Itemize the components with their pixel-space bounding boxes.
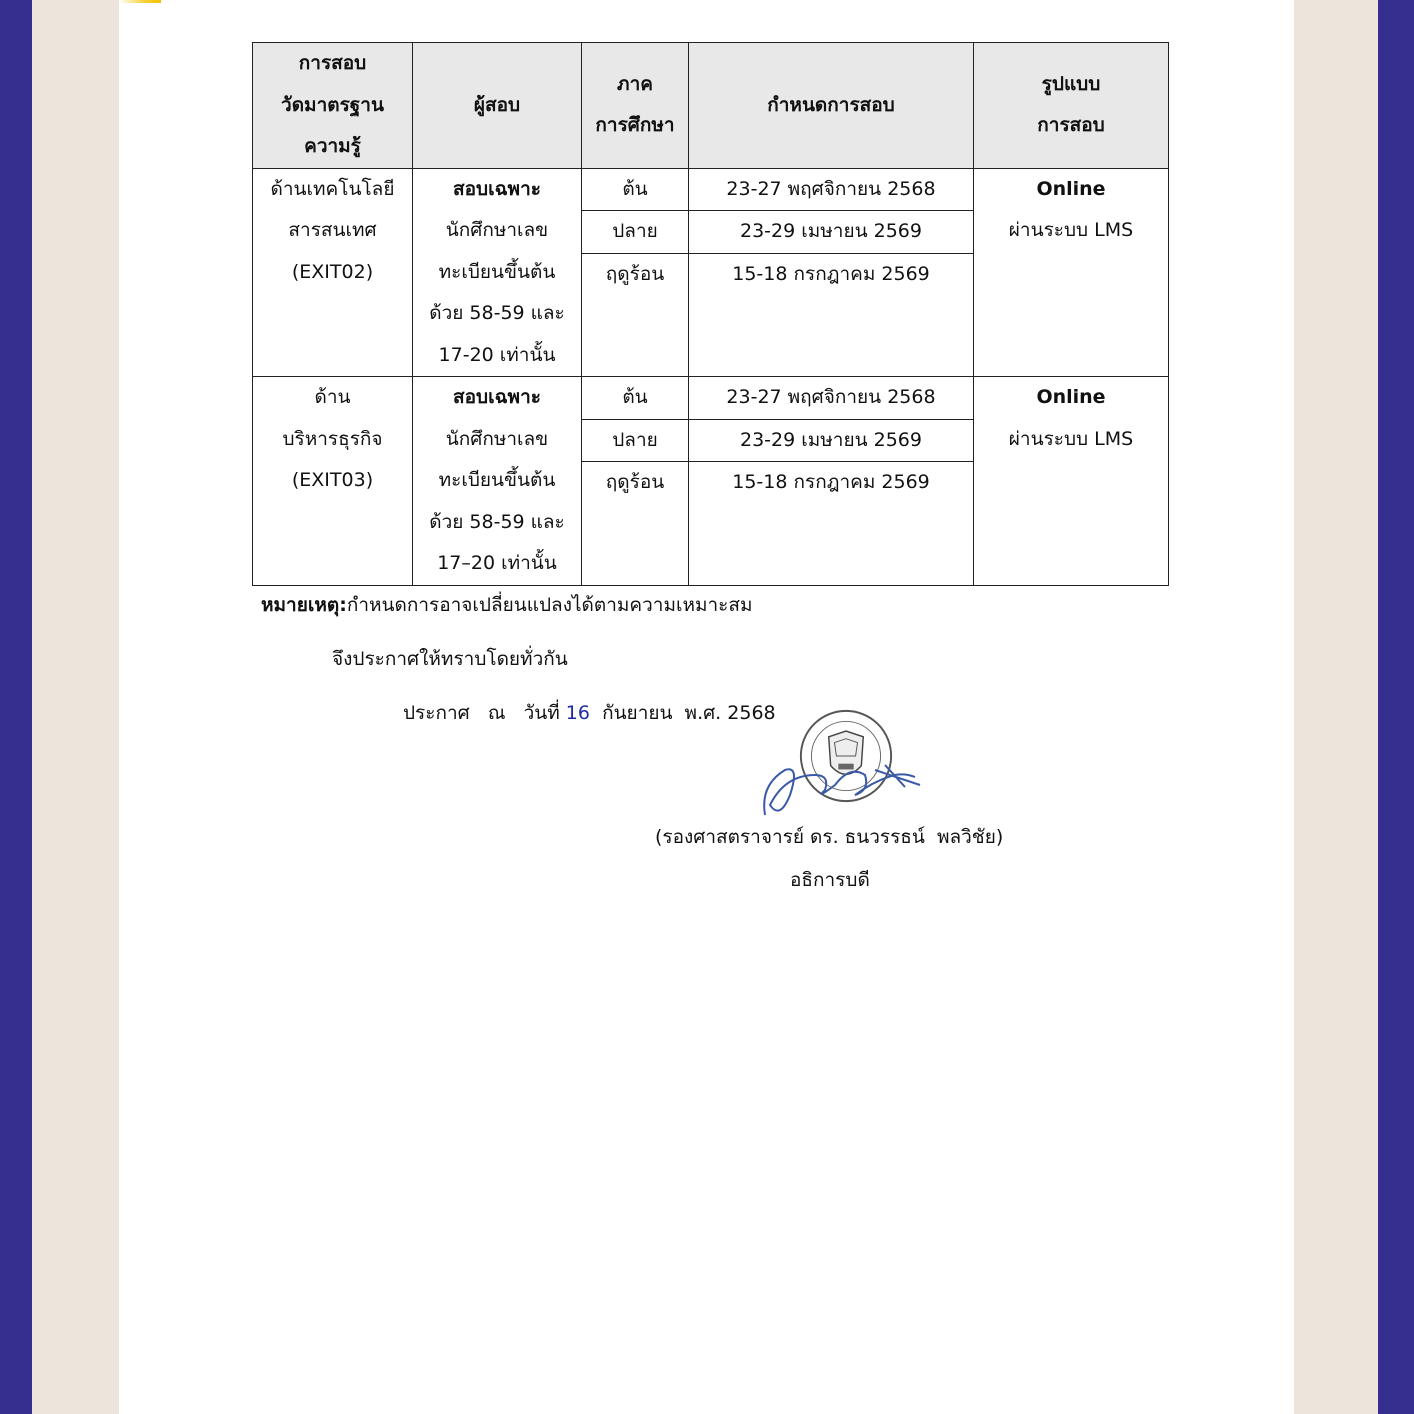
- signer-position: อธิการบดี: [790, 865, 870, 895]
- exam-name-cell: ด้าน บริหารธุรกิจ (EXIT03): [253, 377, 413, 586]
- right-border-band: [1378, 0, 1414, 1414]
- header-exam: การสอบ วัดมาตรฐาน ความรู้: [253, 43, 413, 169]
- term-cell: ฤดูร้อน: [582, 462, 689, 585]
- header-examinee: ผู้สอบ: [413, 43, 582, 169]
- remark-text: กำหนดการอาจเปลี่ยนแปลงได้ตามความเหมาะสม: [347, 594, 753, 616]
- date-cell: 15-18 กรกฎาคม 2569: [689, 462, 974, 585]
- term-cell: ปลาย: [582, 211, 689, 254]
- term-cell: ต้น: [582, 377, 689, 420]
- examinee-cell: สอบเฉพาะ นักศึกษาเลข ทะเบียนขึ้นต้น ด้วย…: [413, 377, 582, 586]
- left-margin: [32, 0, 119, 1414]
- table-row: ด้าน บริหารธุรกิจ (EXIT03) สอบเฉพาะ นักศ…: [253, 377, 1169, 420]
- date-cell: 15-18 กรกฎาคม 2569: [689, 253, 974, 376]
- announcement-date: ประกาศ ณ วันที่ 16 กันยายน พ.ศ. 2568: [403, 698, 776, 728]
- exam-schedule-table: การสอบ วัดมาตรฐาน ความรู้ ผู้สอบ ภาค การ…: [252, 42, 1169, 586]
- term-cell: ปลาย: [582, 419, 689, 462]
- format-cell: Online ผ่านระบบ LMS: [974, 377, 1169, 586]
- exam-name-cell: ด้านเทคโนโลยี สารสนเทศ (EXIT02): [253, 168, 413, 377]
- term-cell: ต้น: [582, 168, 689, 211]
- announcement-text: จึงประกาศให้ทราบโดยทั่วกัน: [332, 644, 568, 674]
- decorative-tab: [119, 0, 161, 3]
- examinee-cell: สอบเฉพาะ นักศึกษาเลข ทะเบียนขึ้นต้น ด้วย…: [413, 168, 582, 377]
- header-schedule: กำหนดการสอบ: [689, 43, 974, 169]
- header-term: ภาค การศึกษา: [582, 43, 689, 169]
- right-margin: [1294, 0, 1378, 1414]
- signer-name: (รองศาสตราจารย์ ดร. ธนวรรธน์ พลวิชัย): [655, 822, 1003, 852]
- format-cell: Online ผ่านระบบ LMS: [974, 168, 1169, 377]
- table-header-row: การสอบ วัดมาตรฐาน ความรู้ ผู้สอบ ภาค การ…: [253, 43, 1169, 169]
- header-format: รูปแบบ การสอบ: [974, 43, 1169, 169]
- remark: หมายเหตุ:กำหนดการอาจเปลี่ยนแปลงได้ตามควา…: [261, 590, 753, 620]
- date-cell: 23-29 เมษายน 2569: [689, 211, 974, 254]
- date-cell: 23-27 พฤศจิกายน 2568: [689, 168, 974, 211]
- table-row: ด้านเทคโนโลยี สารสนเทศ (EXIT02) สอบเฉพาะ…: [253, 168, 1169, 211]
- date-cell: 23-29 เมษายน 2569: [689, 419, 974, 462]
- remark-label: หมายเหตุ:: [261, 594, 347, 616]
- term-cell: ฤดูร้อน: [582, 253, 689, 376]
- left-border-band: [0, 0, 32, 1414]
- announcement-day: 16: [566, 702, 590, 724]
- signature-icon: [755, 745, 925, 825]
- date-cell: 23-27 พฤศจิกายน 2568: [689, 377, 974, 420]
